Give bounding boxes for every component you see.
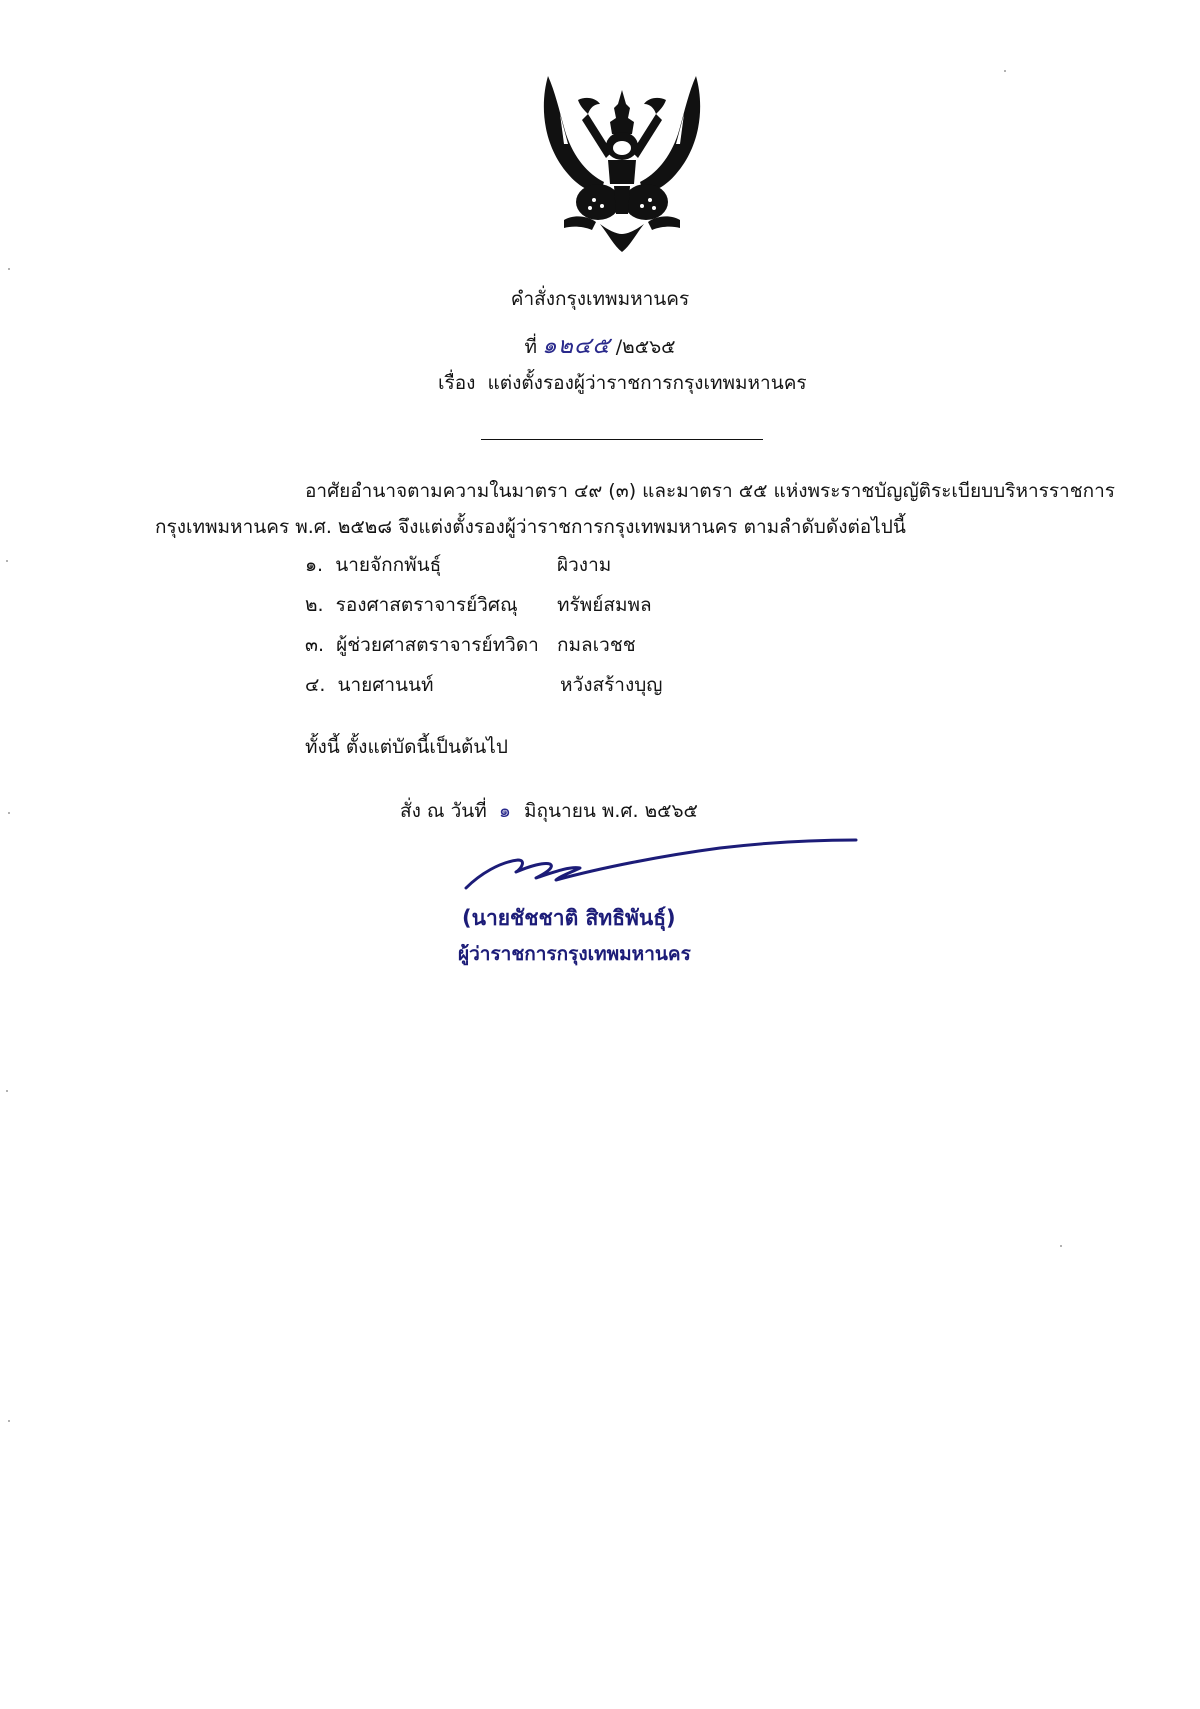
given-name: นายศานนท์ xyxy=(338,674,434,696)
given-name: ผู้ช่วยศาสตราจารย์ทวิดา xyxy=(336,634,539,656)
header-divider xyxy=(481,439,763,440)
body-line-1: อาศัยอำนาจตามความในมาตรา ๔๙ (๓) และมาตรา… xyxy=(305,482,1115,501)
given-name: นายจักกพันธุ์ xyxy=(335,554,441,576)
scan-speck xyxy=(8,812,10,814)
body-line-2: กรุงเทพมหานคร พ.ศ. ๒๕๒๘ จึงแต่งตั้งรองผู… xyxy=(155,518,906,537)
list-item: ๑. นายจักกพันธุ์ xyxy=(305,556,441,575)
given-name: รองศาสตราจารย์วิศณุ xyxy=(336,594,518,616)
list-item: ๓. ผู้ช่วยศาสตราจารย์ทวิดา xyxy=(305,636,539,655)
document-page: คำสั่งกรุงเทพมหานคร ที่ ๑๒๔๕ /๒๕๖๕ เรื่อ… xyxy=(0,0,1200,1709)
scan-speck xyxy=(1004,70,1006,72)
order-number: ที่ ๑๒๔๕ /๒๕๖๕ xyxy=(0,328,1200,364)
handwritten-order-number: ๑๒๔๕ xyxy=(542,333,611,359)
surname: กมลเวชช xyxy=(557,636,636,655)
scan-speck xyxy=(8,268,10,270)
garuda-emblem-icon xyxy=(538,74,706,254)
item-number: ๓. xyxy=(305,634,324,656)
order-heading: คำสั่งกรุงเทพมหานคร xyxy=(0,290,1200,309)
list-item: ๒. รองศาสตราจารย์วิศณุ xyxy=(305,596,518,615)
scan-speck xyxy=(6,560,8,562)
item-number: ๑. xyxy=(305,554,323,576)
date-day: ๑ xyxy=(499,800,512,822)
list-item: ๔. นายศานนท์ xyxy=(305,676,434,695)
surname: หวังสร้างบุญ xyxy=(560,676,662,695)
item-number: ๒. xyxy=(305,594,324,616)
subject-line: เรื่อง แต่งตั้งรองผู้ว่าราชการกรุงเทพมหา… xyxy=(438,374,807,393)
scan-speck xyxy=(6,1090,8,1092)
item-number: ๔. xyxy=(305,674,325,696)
date-prefix: สั่ง ณ วันที่ xyxy=(400,800,487,822)
signatory-name: (นายชัชชาติ สิทธิพันธุ์) xyxy=(462,908,676,929)
effective-statement: ทั้งนี้ ตั้งแต่บัดนี้เป็นต้นไป xyxy=(305,738,508,757)
order-year: /๒๕๖๕ xyxy=(616,336,676,358)
scan-speck xyxy=(1060,1245,1062,1247)
order-date: สั่ง ณ วันที่ ๑ มิถุนายน พ.ศ. ๒๕๖๕ xyxy=(400,802,698,821)
surname: ผิวงาม xyxy=(557,556,611,575)
signature-icon xyxy=(460,838,860,898)
subject-label: เรื่อง xyxy=(438,372,475,394)
surname: ทรัพย์สมพล xyxy=(557,596,652,615)
order-number-prefix: ที่ xyxy=(524,336,537,358)
date-month-year: มิถุนายน พ.ศ. ๒๕๖๕ xyxy=(524,800,698,822)
signatory-position: ผู้ว่าราชการกรุงเทพมหานคร xyxy=(458,945,691,964)
scan-speck xyxy=(8,1420,10,1422)
subject-text: แต่งตั้งรองผู้ว่าราชการกรุงเทพมหานคร xyxy=(487,372,806,394)
